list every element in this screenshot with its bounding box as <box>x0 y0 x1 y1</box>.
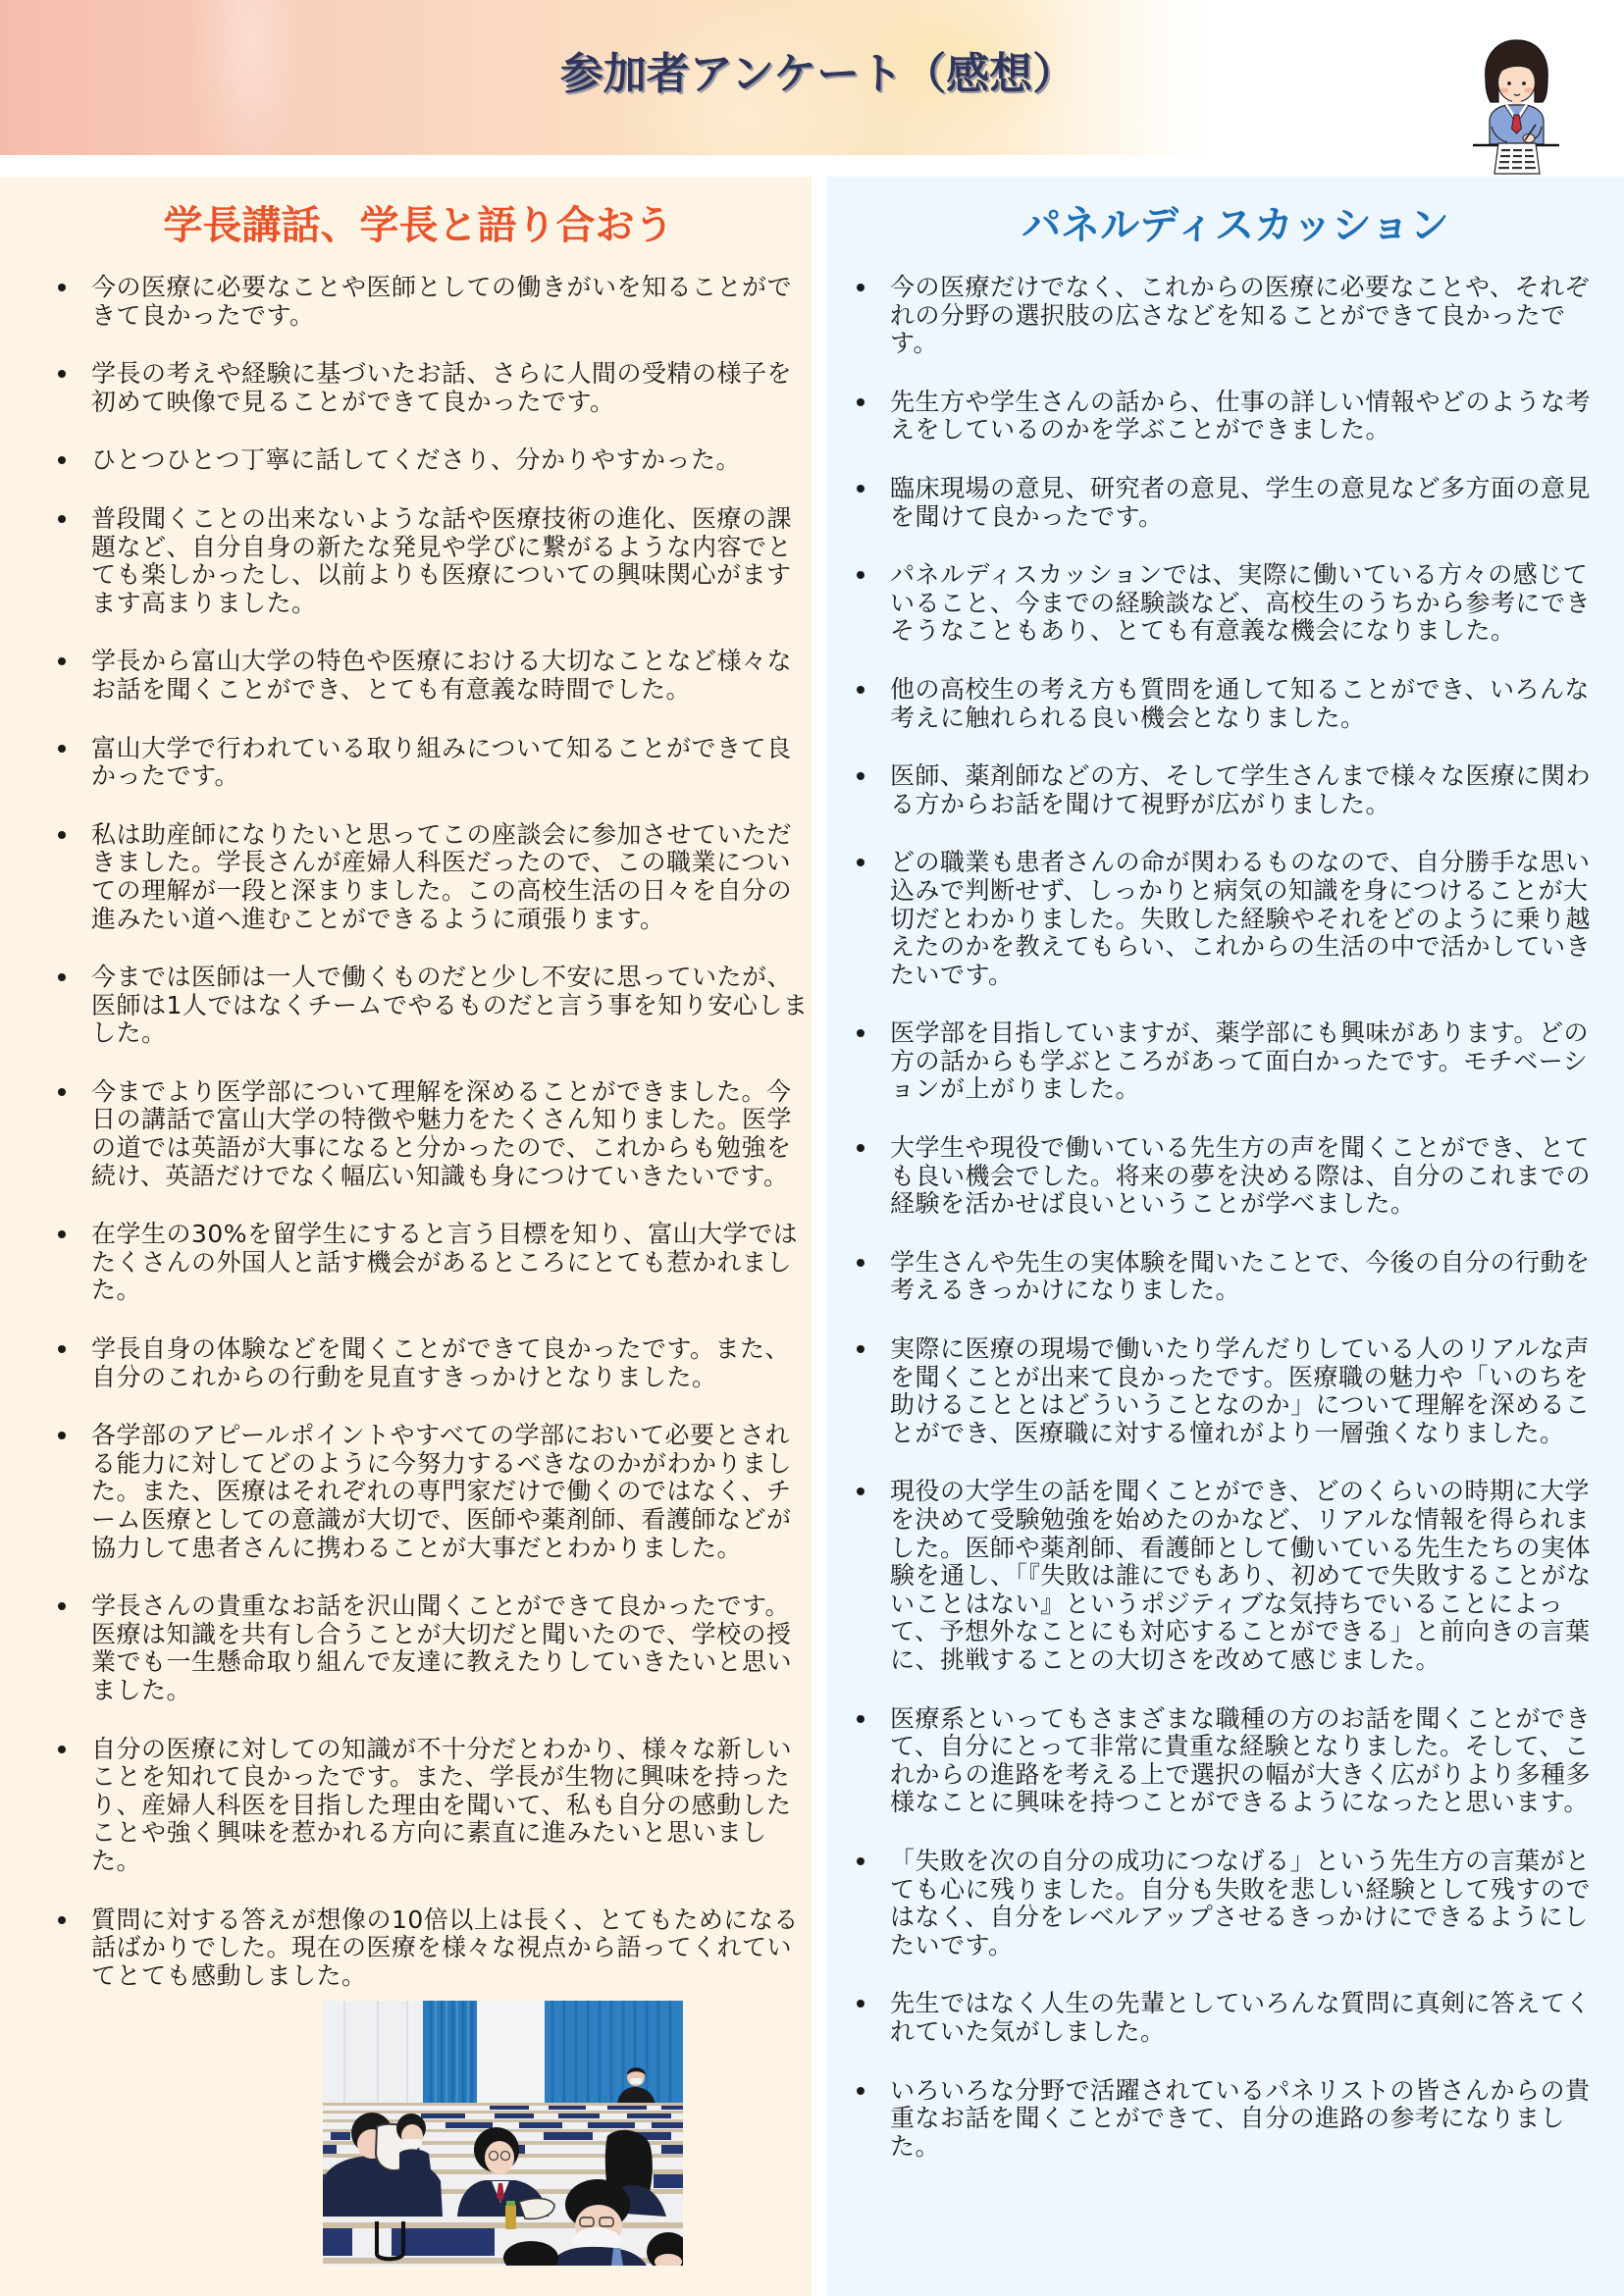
bullet-icon <box>58 1230 66 1238</box>
bullet-icon <box>857 284 864 291</box>
header-banner: 参加者アンケート（感想） <box>0 0 1624 155</box>
comment-text: ひとつひとつ丁寧に話してくださり、分かりやすかった。 <box>91 446 812 475</box>
student-writing-illustration-icon <box>1470 36 1562 176</box>
comment-item: 学生さんや先生の実体験を聞いたことで、今後の自分の行動を 考えるきっかけになりま… <box>827 1249 1624 1305</box>
comment-item: 富山大学で行われている取り組みについて知ることができて良 かったです。 <box>0 735 812 791</box>
bullet-icon <box>58 831 66 839</box>
bullet-icon <box>58 284 66 291</box>
comment-text: 在学生の30%を留学生にすると言う目標を知り、富山大学では たくさんの外国人と話… <box>91 1221 812 1305</box>
comment-text: 先生ではなく人生の先輩としていろんな質問に真剣に答えてく れていた気がしました。 <box>890 1990 1624 2046</box>
comment-item: 学長の考えや経験に基づいたお話、さらに人間の受精の様子を 初めて映像で見ることが… <box>0 360 812 416</box>
comment-item: どの職業も患者さんの命が関わるものなので、自分勝手な思い 込みで判断せず、しっか… <box>827 849 1624 989</box>
comment-item: 今までは医師は一人で働くものだと少し不安に思っていたが、 医師は1人ではなくチー… <box>0 964 812 1048</box>
comment-item: 自分の医療に対しての知識が不十分だとわかり、様々な新しい ことを知れて良かったで… <box>0 1736 812 1876</box>
comment-item: 先生方や学生さんの話から、仕事の詳しい情報やどのような考 えをしているのかを学ぶ… <box>827 389 1624 444</box>
bullet-icon <box>58 1088 66 1096</box>
comment-text: 自分の医療に対しての知識が不十分だとわかり、様々な新しい ことを知れて良かったで… <box>91 1736 812 1876</box>
president-talk-heading: 学長講話、学長と語り合おう <box>0 202 812 249</box>
comment-item: 在学生の30%を留学生にすると言う目標を知り、富山大学では たくさんの外国人と話… <box>0 1221 812 1305</box>
comment-text: 各学部のアピールポイントやすべての学部において必要とされ る能力に対してどのよう… <box>91 1422 812 1562</box>
comment-text: パネルディスカッションでは、実際に働いている方々の感じて いること、今までの経験… <box>890 561 1624 646</box>
comment-text: 質問に対する答えが想像の10倍以上は長く、とてもためになる 話ばかりでした。現在… <box>91 1906 812 1991</box>
comment-text: 医療系といってもさまざまな職種の方のお話を聞くことができ て、自分にとって非常に… <box>890 1705 1624 1817</box>
comment-text: 「失敗を次の自分の成功につなげる」という先生方の言葉がと ても心に残りました。自… <box>890 1848 1624 1959</box>
comment-text: 臨床現場の意見、研究者の意見、学生の意見など多方面の意見 を聞けて良かったです。 <box>890 475 1624 531</box>
comment-item: 医学部を目指していますが、薬学部にも興味があります。どの 方の話からも学ぶところ… <box>827 1019 1624 1104</box>
bullet-icon <box>58 370 66 378</box>
comment-item: いろいろな分野で活躍されているパネリストの皆さんからの貴 重なお話を聞くことがで… <box>827 2077 1624 2162</box>
bullet-icon <box>857 485 864 493</box>
bullet-icon <box>857 1487 864 1495</box>
bullet-icon <box>857 859 864 866</box>
bullet-icon <box>58 1602 66 1610</box>
comment-text: 医師、薬剤師などの方、そして学生さんまで様々な医療に関わ る方からお話を聞けて視… <box>890 762 1624 818</box>
comment-item: 各学部のアピールポイントやすべての学部において必要とされ る能力に対してどのよう… <box>0 1422 812 1562</box>
comment-text: 先生方や学生さんの話から、仕事の詳しい情報やどのような考 えをしているのかを学ぶ… <box>890 389 1624 444</box>
comment-item: 現役の大学生の話を聞くことができ、どのくらいの時期に大学 を決めて受験勉強を始め… <box>827 1478 1624 1674</box>
comment-text: 今までは医師は一人で働くものだと少し不安に思っていたが、 医師は1人ではなくチー… <box>91 964 812 1048</box>
comment-item: パネルディスカッションでは、実際に働いている方々の感じて いること、今までの経験… <box>827 561 1624 646</box>
comment-item: 今の医療だけでなく、これからの医療に必要なことや、それぞ れの分野の選択肢の広さ… <box>827 274 1624 358</box>
comment-text: 医学部を目指していますが、薬学部にも興味があります。どの 方の話からも学ぶところ… <box>890 1019 1624 1104</box>
bullet-icon <box>857 1029 864 1037</box>
bullet-icon <box>857 772 864 780</box>
bullet-icon <box>58 745 66 753</box>
comment-text: 他の高校生の考え方も質問を通して知ることができ、いろんな 考えに触れられる良い機… <box>890 676 1624 732</box>
bullet-icon <box>58 973 66 981</box>
bullet-icon <box>58 1746 66 1753</box>
comment-text: 学長の考えや経験に基づいたお話、さらに人間の受精の様子を 初めて映像で見ることが… <box>91 360 812 416</box>
comment-item: 他の高校生の考え方も質問を通して知ることができ、いろんな 考えに触れられる良い機… <box>827 676 1624 732</box>
comment-text: 実際に医療の現場で働いたり学んだりしている人のリアルな声 を聞くことが出来て良か… <box>890 1335 1624 1447</box>
comment-item: 実際に医療の現場で働いたり学んだりしている人のリアルな声 を聞くことが出来て良か… <box>827 1335 1624 1447</box>
president-talk-column: 学長講話、学長と語り合おう 今の医療に必要なことや医師としての働きがいを知ること… <box>0 177 812 2296</box>
comment-item: 普段聞くことの出来ないような話や医療技術の進化、医療の課 題など、自分自身の新た… <box>0 505 812 617</box>
bullet-icon <box>857 2087 864 2095</box>
bullet-icon <box>58 515 66 523</box>
bullet-icon <box>857 1857 864 1865</box>
page-title: 参加者アンケート（感想） <box>6 49 1624 100</box>
bullet-icon <box>58 657 66 665</box>
bullet-icon <box>58 1916 66 1924</box>
comment-text: 今の医療だけでなく、これからの医療に必要なことや、それぞ れの分野の選択肢の広さ… <box>890 274 1624 358</box>
comment-item: 大学生や現役で働いている先生方の声を聞くことができ、とて も良い機会でした。将来… <box>827 1134 1624 1219</box>
comment-text: 富山大学で行われている取り組みについて知ることができて良 かったです。 <box>91 735 812 791</box>
bullet-icon <box>58 456 66 464</box>
comment-text: どの職業も患者さんの命が関わるものなので、自分勝手な思い 込みで判断せず、しっか… <box>890 849 1624 989</box>
bullet-icon <box>857 1715 864 1723</box>
comment-item: 今の医療に必要なことや医師としての働きがいを知ることがで きて良かったです。 <box>0 274 812 330</box>
president-talk-comment-list: 今の医療に必要なことや医師としての働きがいを知ることがで きて良かったです。 学… <box>0 274 812 2020</box>
comment-item: 私は助産師になりたいと思ってこの座談会に参加させていただ きました。学長さんが産… <box>0 821 812 933</box>
bullet-icon <box>857 686 864 694</box>
comment-item: 今までより医学部について理解を深めることができました。今 日の講話で富山大学の特… <box>0 1078 812 1190</box>
comment-text: いろいろな分野で活躍されているパネリストの皆さんからの貴 重なお話を聞くことがで… <box>890 2077 1624 2162</box>
comment-text: 今の医療に必要なことや医師としての働きがいを知ることがで きて良かったです。 <box>91 274 812 330</box>
comment-item: 質問に対する答えが想像の10倍以上は長く、とてもためになる 話ばかりでした。現在… <box>0 1906 812 1991</box>
bullet-icon <box>857 1259 864 1267</box>
panel-discussion-column: パネルディスカッション 今の医療だけでなく、これからの医療に必要なことや、それぞ… <box>827 177 1624 2296</box>
comment-text: 学長から富山大学の特色や医療における大切なことなど様々な お話を聞くことができ、… <box>91 648 812 704</box>
bullet-icon <box>857 571 864 579</box>
comment-item: 医師、薬剤師などの方、そして学生さんまで様々な医療に関わ る方からお話を聞けて視… <box>827 762 1624 818</box>
comment-item: 「失敗を次の自分の成功につなげる」という先生方の言葉がと ても心に残りました。自… <box>827 1848 1624 1959</box>
comment-text: 今までより医学部について理解を深めることができました。今 日の講話で富山大学の特… <box>91 1078 812 1190</box>
panel-discussion-heading: パネルディスカッション <box>827 202 1624 249</box>
comment-text: 私は助産師になりたいと思ってこの座談会に参加させていただ きました。学長さんが産… <box>91 821 812 933</box>
comment-item: 学長さんの貴重なお話を沢山聞くことができて良かったです。 医療は知識を共有し合う… <box>0 1592 812 1704</box>
survey-page: 参加者アンケート（感想） <box>0 0 1624 2296</box>
comment-text: 大学生や現役で働いている先生方の声を聞くことができ、とて も良い機会でした。将来… <box>890 1134 1624 1219</box>
lecture-hall-students-photo <box>323 2001 683 2266</box>
bullet-icon <box>58 1345 66 1353</box>
comment-item: 学長自身の体験などを聞くことができて良かったです。また、 自分のこれからの行動を… <box>0 1335 812 1391</box>
comment-item: ひとつひとつ丁寧に話してくださり、分かりやすかった。 <box>0 446 812 475</box>
comment-item: 先生ではなく人生の先輩としていろんな質問に真剣に答えてく れていた気がしました。 <box>827 1990 1624 2046</box>
comment-text: 学長さんの貴重なお話を沢山聞くことができて良かったです。 医療は知識を共有し合う… <box>91 1592 812 1704</box>
bullet-icon <box>857 398 864 406</box>
comment-text: 普段聞くことの出来ないような話や医療技術の進化、医療の課 題など、自分自身の新た… <box>91 505 812 617</box>
comment-item: 医療系といってもさまざまな職種の方のお話を聞くことができ て、自分にとって非常に… <box>827 1705 1624 1817</box>
bullet-icon <box>857 1144 864 1152</box>
panel-discussion-comment-list: 今の医療だけでなく、これからの医療に必要なことや、それぞ れの分野の選択肢の広さ… <box>827 274 1624 2191</box>
bullet-icon <box>857 1345 864 1353</box>
comment-item: 学長から富山大学の特色や医療における大切なことなど様々な お話を聞くことができ、… <box>0 648 812 704</box>
bullet-icon <box>58 1432 66 1439</box>
comment-text: 現役の大学生の話を聞くことができ、どのくらいの時期に大学 を決めて受験勉強を始め… <box>890 1478 1624 1674</box>
comment-text: 学長自身の体験などを聞くことができて良かったです。また、 自分のこれからの行動を… <box>91 1335 812 1391</box>
bullet-icon <box>857 2000 864 2008</box>
comment-text: 学生さんや先生の実体験を聞いたことで、今後の自分の行動を 考えるきっかけになりま… <box>890 1249 1624 1305</box>
comment-item: 臨床現場の意見、研究者の意見、学生の意見など多方面の意見 を聞けて良かったです。 <box>827 475 1624 531</box>
